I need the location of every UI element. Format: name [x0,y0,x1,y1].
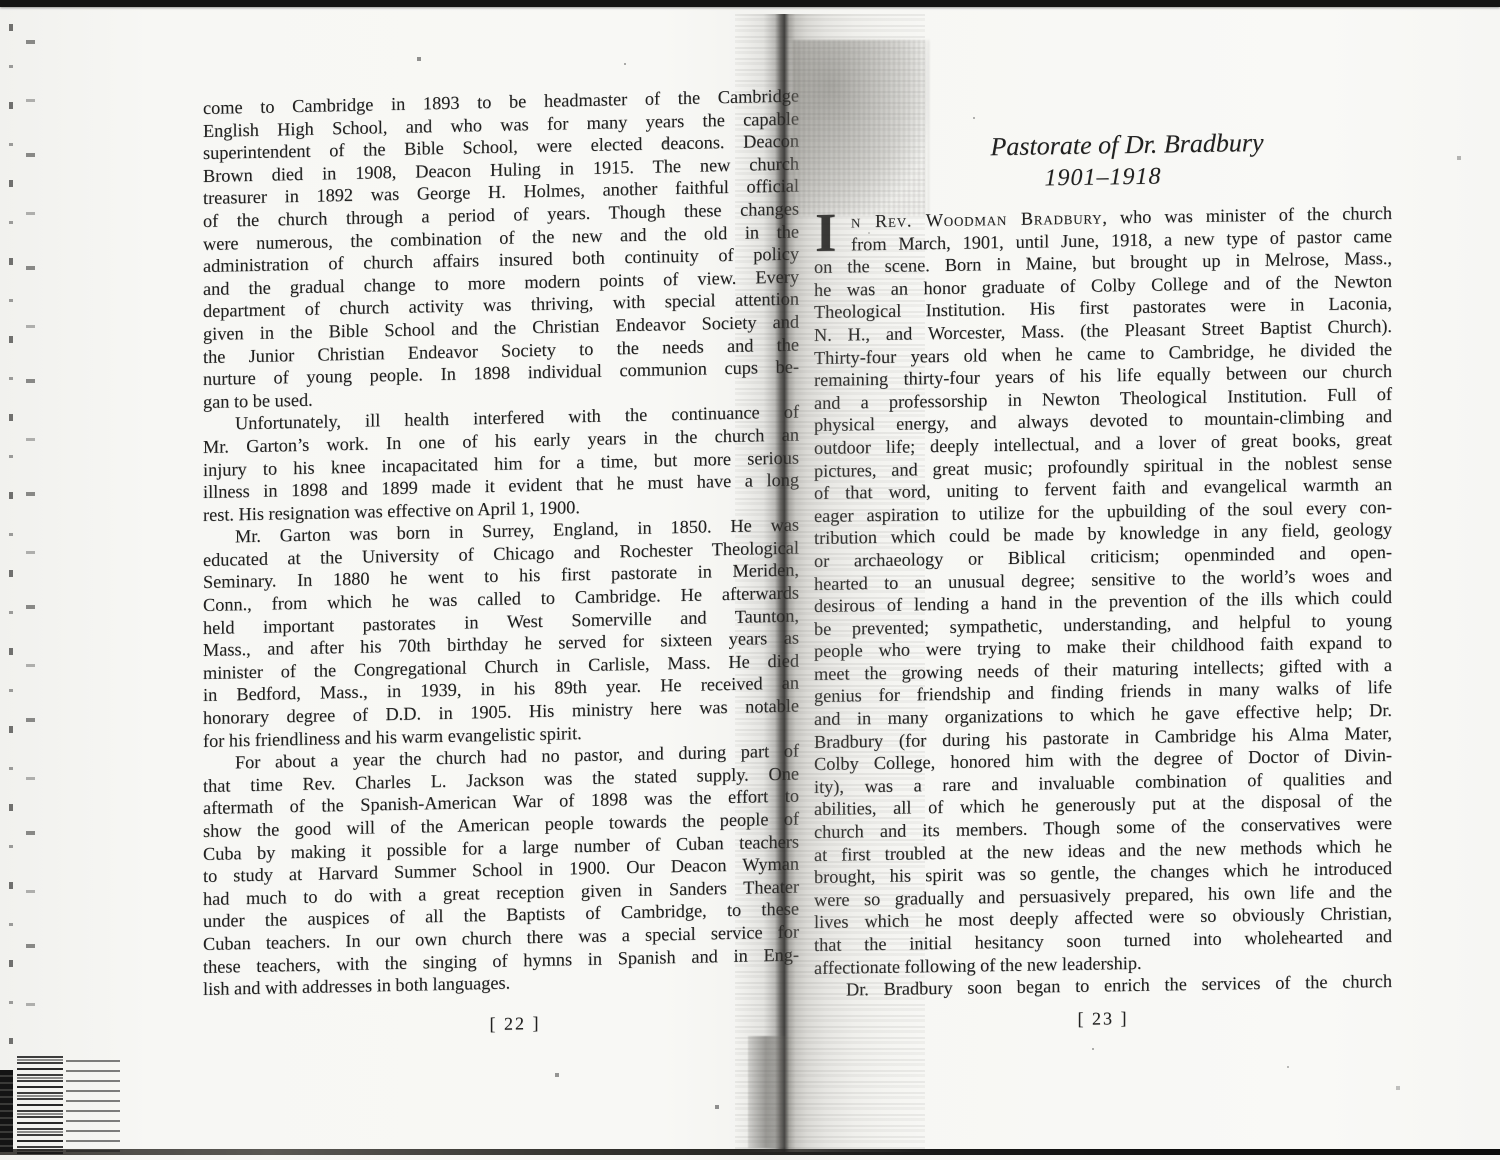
scan-bottom-edge-bar [0,1149,1500,1155]
left-edge-artifact-marks [9,24,13,1044]
page-left-text: come to Cambridge in 1893 to be headmast… [203,85,799,1001]
page-right-text: I n Rev. Woodman Bradbury, who was minis… [814,202,1392,1002]
scan-speckles [0,0,2,2]
left-edge-artifact-marks [26,40,35,1040]
drop-cap: I [815,208,836,258]
small-caps-run: n Rev. Woodman Bradbury [851,207,1102,231]
bottom-left-artifact-marks [66,1060,130,1152]
scan-top-edge-bar [0,0,1500,7]
page-number-left: [ 22 ] [217,1006,813,1040]
bottom-left-artifact-marks [17,1056,63,1154]
book-scan: come to Cambridge in 1893 to be headmast… [0,0,1500,1160]
page-number-right: [ 23 ] [814,1003,1392,1034]
bottom-left-artifact-bar [0,1070,13,1152]
gutter-smudge-bottom [748,1036,792,1148]
page-right: Pastorate of Dr. Bradbury 1901–1918 I n … [814,124,1392,1034]
page-left: come to Cambridge in 1893 to be headmast… [203,85,799,1041]
